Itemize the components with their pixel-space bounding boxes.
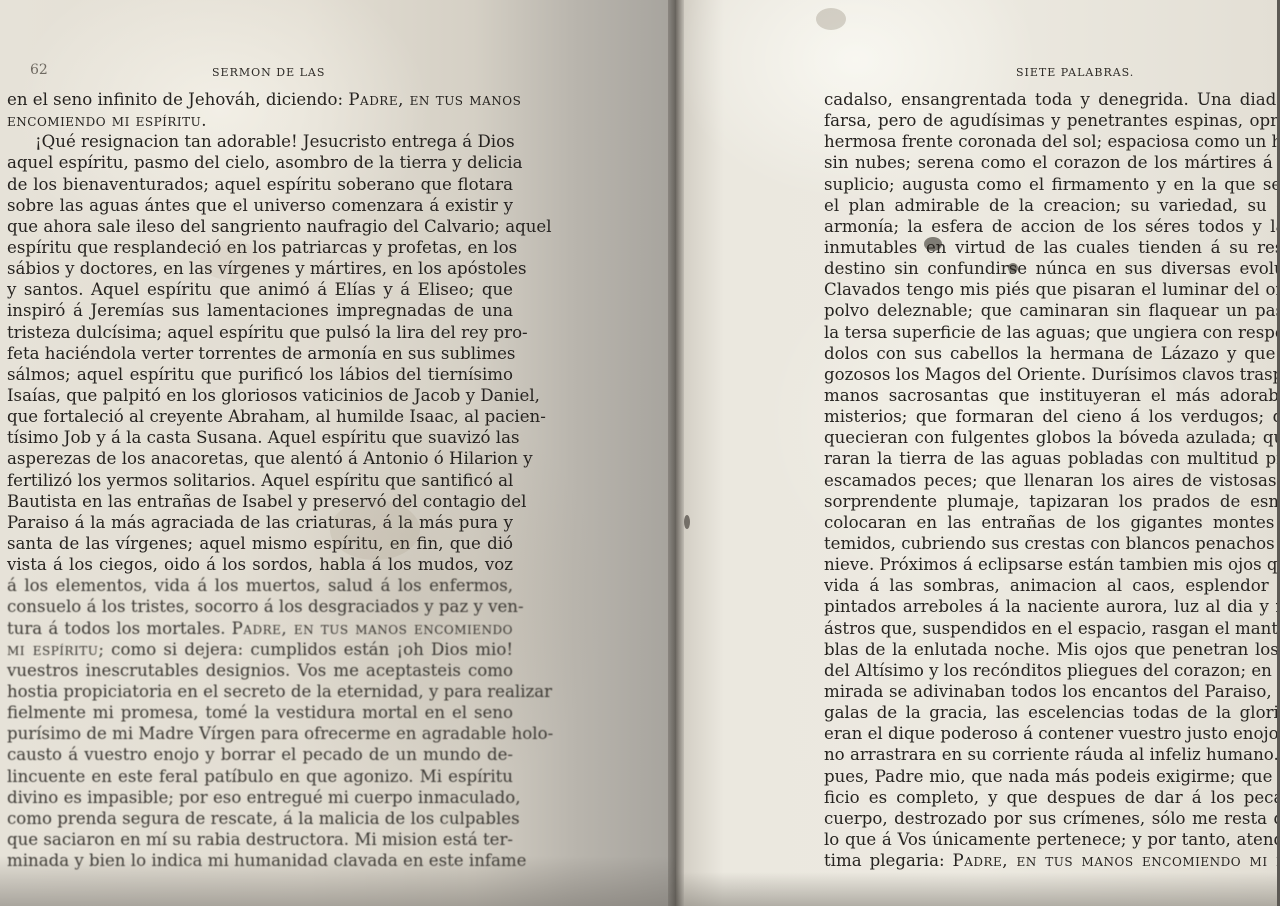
text-line: blas de la enlutada noche. Mis ojos que … [824, 639, 1277, 660]
line-text: armonía; la esfera de accion de los sére… [824, 217, 1277, 236]
line-text: Paraiso á la más agraciada de las criatu… [7, 513, 513, 532]
text-line: manos sacrosantas que instituyeran el má… [824, 385, 1277, 406]
line-text: no arrastrara en su corriente ráuda al i… [824, 745, 1277, 764]
text-line: que saciaron en mí su rabia destructora.… [7, 829, 513, 850]
text-line: á los elementos, vida á los muertos, sal… [7, 575, 513, 596]
text-line: gozosos los Magos del Oriente. Durísimos… [824, 364, 1277, 385]
right-page: SIETE PALABRAS. cadalso, ensangrentada t… [676, 0, 1277, 906]
left-page-body-text: en el seno infinito de Jehováh, diciendo… [7, 89, 513, 871]
line-text: inspiró á Jeremías sus lamentaciones imp… [7, 301, 513, 320]
line-text: fielmente mi promesa, tomé la vestidura … [7, 703, 513, 722]
text-line: farsa, pero de agudísimas y penetrantes … [824, 110, 1277, 131]
line-text: ficio es completo, y que despues de dar … [824, 788, 1277, 807]
book-gutter [668, 0, 684, 906]
text-line: sálmos; aquel espíritu que purificó los … [7, 364, 513, 385]
line-text: lo que á Vos únicamente pertenece; y por… [824, 830, 1277, 849]
line-text: de los bienaventurados; aquel espíritu s… [7, 175, 513, 194]
line-text: dolos con sus cabellos la hermana de Láz… [824, 344, 1277, 363]
line-text: suplicio; augusta como el firmamento y e… [824, 175, 1277, 194]
line-text: gozosos los Magos del Oriente. Durísimos… [824, 365, 1277, 384]
text-line: polvo deleznable; que caminaran sin flaq… [824, 300, 1277, 321]
text-line: cuerpo, destrozado por sus crímenes, sól… [824, 808, 1277, 829]
text-line: destino sin confundirse núnca en sus div… [824, 258, 1277, 279]
line-text: tima plegaria: [824, 851, 953, 870]
smallcaps-text: encomiendo mi espíritu. [7, 111, 207, 130]
line-text: divino es impasible; por eso entregué mi… [7, 788, 521, 807]
text-line: eran el dique poderoso á contener vuestr… [824, 723, 1277, 744]
text-line: ástros que, suspendidos en el espacio, r… [824, 618, 1277, 639]
line-text: pintados arreboles á la naciente aurora,… [824, 597, 1277, 616]
line-text: cadalso, ensangrentada toda y denegrida.… [824, 90, 1277, 109]
line-text: asperezas de los anacoretas, que alentó … [7, 449, 533, 468]
text-line: inmutables en virtud de las cuales tiend… [824, 237, 1277, 258]
text-line: armonía; la esfera de accion de los sére… [824, 216, 1277, 237]
text-line: ¡Qué resignacion tan adorable! Jesucrist… [7, 131, 513, 152]
line-text: ástros que, suspendidos en el espacio, r… [824, 619, 1277, 638]
text-line: Paraiso á la más agraciada de las criatu… [7, 512, 513, 533]
line-text: causto á vuestro enojo y borrar el pecad… [7, 745, 513, 764]
line-text: hermosa frente coronada del sol; espacio… [824, 132, 1277, 151]
text-line: hostia propiciatoria en el secreto de la… [7, 681, 513, 702]
paper-stain [816, 8, 846, 30]
text-line: causto á vuestro enojo y borrar el pecad… [7, 744, 513, 765]
text-line: quecieran con fulgentes globos la bóveda… [824, 427, 1277, 448]
line-text: feta haciéndola verter torrentes de armo… [7, 344, 515, 363]
line-text: Bautista en las entrañas de Isabel y pre… [7, 492, 526, 511]
text-line: aquel espíritu, pasmo del cielo, asombro… [7, 152, 513, 173]
line-text: tura á todos los mortales. [7, 619, 232, 638]
text-line: pintados arreboles á la naciente aurora,… [824, 596, 1277, 617]
text-line: que fortaleció al creyente Abraham, al h… [7, 406, 513, 427]
text-line: espíritu que resplandeció en los patriar… [7, 237, 513, 258]
ink-blot [684, 515, 690, 529]
text-line: ficio es completo, y que despues de dar … [824, 787, 1277, 808]
line-text: polvo deleznable; que caminaran sin flaq… [824, 301, 1277, 320]
text-line: no arrastrara en su corriente ráuda al i… [824, 744, 1277, 765]
text-line: y santos. Aquel espíritu que animó á Elí… [7, 279, 513, 300]
line-text: aquel espíritu, pasmo del cielo, asombro… [7, 153, 523, 172]
text-line: galas de la gracia, las escelencias toda… [824, 702, 1277, 723]
line-text: colocaran en las entrañas de los gigante… [824, 513, 1277, 532]
text-line: suplicio; augusta como el firmamento y e… [824, 174, 1277, 195]
text-line: purísimo de mi Madre Vírgen para ofrecer… [7, 723, 513, 744]
text-line: en el seno infinito de Jehováh, diciendo… [7, 89, 513, 110]
text-line: divino es impasible; por eso entregué mi… [7, 787, 513, 808]
line-text: escamados peces; que llenaran los aires … [824, 471, 1277, 490]
line-text: el plan admirable de la creacion; su var… [824, 196, 1277, 215]
line-text: galas de la gracia, las escelencias toda… [824, 703, 1277, 722]
text-line: lo que á Vos únicamente pertenece; y por… [824, 829, 1277, 850]
line-text: lincuente en este feral patíbulo en que … [7, 767, 513, 786]
text-line: temidos, cubriendo sus crestas con blanc… [824, 533, 1277, 554]
line-text: cuerpo, destrozado por sus crímenes, sól… [824, 809, 1277, 828]
line-text: fertilizó los yermos solitarios. Aquel e… [7, 471, 513, 490]
text-line: santa de las vírgenes; aquel mismo espír… [7, 533, 513, 554]
text-line: nieve. Próximos á eclipsarse están tambi… [824, 554, 1277, 575]
text-line: fielmente mi promesa, tomé la vestidura … [7, 702, 513, 723]
text-line: vuestros inescrutables designios. Vos me… [7, 660, 513, 681]
page-number: 62 [30, 62, 48, 78]
line-text: que ahora sale ileso del sangriento nauf… [7, 217, 552, 236]
text-line: fertilizó los yermos solitarios. Aquel e… [7, 470, 513, 491]
text-line: de los bienaventurados; aquel espíritu s… [7, 174, 513, 195]
text-line: vida á las sombras, animacion al caos, e… [824, 575, 1277, 596]
line-text: y santos. Aquel espíritu que animó á Elí… [7, 280, 513, 299]
line-text: sobre las aguas ántes que el universo co… [7, 196, 513, 215]
text-line: raran la tierra de las aguas pobladas co… [824, 448, 1277, 469]
left-page: 62 SERMON DE LAS en el seno infinito de … [0, 0, 676, 906]
text-line: Isaías, que palpitó en los gloriosos vat… [7, 385, 513, 406]
text-line: minada y bien lo indica mi humanidad cla… [7, 850, 513, 871]
text-line: tura á todos los mortales. Padre, en tus… [7, 618, 513, 639]
line-text: vista á los ciegos, oido á los sordos, h… [7, 555, 513, 574]
text-line: inspiró á Jeremías sus lamentaciones imp… [7, 300, 513, 321]
line-text: del Altísimo y los recónditos pliegues d… [824, 661, 1277, 680]
line-text: que fortaleció al creyente Abraham, al h… [7, 407, 546, 426]
running-head-left: SERMON DE LAS [212, 66, 325, 79]
text-line: Bautista en las entrañas de Isabel y pre… [7, 491, 513, 512]
text-line: tristeza dulcísima; aquel espíritu que p… [7, 322, 513, 343]
text-line: Clavados tengo mis piés que pisaran el l… [824, 279, 1277, 300]
text-line: lincuente en este feral patíbulo en que … [7, 766, 513, 787]
line-text: vida á las sombras, animacion al caos, e… [824, 576, 1277, 595]
line-text: pues, Padre mio, que nada más podeis exi… [824, 767, 1277, 786]
line-text: tristeza dulcísima; aquel espíritu que p… [7, 323, 528, 342]
text-line: misterios; que formaran del cieno á los … [824, 406, 1277, 427]
text-line: feta haciéndola verter torrentes de armo… [7, 343, 513, 364]
line-text: como prenda segura de rescate, á la mali… [7, 809, 520, 828]
text-line: sorprendente plumaje, tapizaran los prad… [824, 491, 1277, 512]
text-line: asperezas de los anacoretas, que alentó … [7, 448, 513, 469]
line-text: Isaías, que palpitó en los gloriosos vat… [7, 386, 540, 405]
text-line: del Altísimo y los recónditos pliegues d… [824, 660, 1277, 681]
text-line: sin nubes; serena como el corazon de los… [824, 152, 1277, 173]
text-line: colocaran en las entrañas de los gigante… [824, 512, 1277, 533]
line-text: nieve. Próximos á eclipsarse están tambi… [824, 555, 1277, 574]
line-text: que saciaron en mí su rabia destructora.… [7, 830, 513, 849]
line-text: raran la tierra de las aguas pobladas co… [824, 449, 1277, 468]
line-text: mirada se adivinaban todos los encantos … [824, 682, 1277, 701]
line-text: inmutables en virtud de las cuales tiend… [824, 238, 1277, 257]
text-line: el plan admirable de la creacion; su var… [824, 195, 1277, 216]
smallcaps-text: mi espíritu [7, 640, 98, 659]
line-text: la tersa superficie de las aguas; que un… [824, 323, 1277, 342]
text-line: encomiendo mi espíritu. [7, 110, 513, 131]
line-text: á los elementos, vida á los muertos, sal… [7, 576, 513, 595]
text-line: como prenda segura de rescate, á la mali… [7, 808, 513, 829]
text-line: sobre las aguas ántes que el universo co… [7, 195, 513, 216]
text-line: la tersa superficie de las aguas; que un… [824, 322, 1277, 343]
smallcaps-text: Padre, en tus manos encomiendo mi es [953, 851, 1277, 870]
text-line: que ahora sale ileso del sangriento nauf… [7, 216, 513, 237]
line-text: ¡Qué resignacion tan adorable! Jesucrist… [35, 132, 515, 151]
line-text: sin nubes; serena como el corazon de los… [824, 153, 1277, 172]
text-line: consuelo á los tristes, socorro á los de… [7, 596, 513, 617]
line-text: Clavados tengo mis piés que pisaran el l… [824, 280, 1277, 299]
text-line: tima plegaria: Padre, en tus manos encom… [824, 850, 1277, 871]
text-line: dolos con sus cabellos la hermana de Láz… [824, 343, 1277, 364]
line-text: misterios; que formaran del cieno á los … [824, 407, 1277, 426]
text-line: mi espíritu; como si dejera: cumplidos e… [7, 639, 513, 660]
line-text: sábios y doctores, en las vírgenes y már… [7, 259, 526, 278]
line-text: eran el dique poderoso á contener vuestr… [824, 724, 1277, 743]
line-text: destino sin confundirse núnca en sus div… [824, 259, 1277, 278]
text-line: hermosa frente coronada del sol; espacio… [824, 131, 1277, 152]
open-book-spread: 62 SERMON DE LAS en el seno infinito de … [0, 0, 1280, 906]
line-text: espíritu que resplandeció en los patriar… [7, 238, 517, 257]
text-line: cadalso, ensangrentada toda y denegrida.… [824, 89, 1277, 110]
right-page-body-text: cadalso, ensangrentada toda y denegrida.… [824, 89, 1277, 871]
line-text: consuelo á los tristes, socorro á los de… [7, 597, 524, 616]
text-line: escamados peces; que llenaran los aires … [824, 470, 1277, 491]
smallcaps-text: Padre, en tus manos encomiendo [232, 619, 513, 638]
line-text: hostia propiciatoria en el secreto de la… [7, 682, 552, 701]
line-text: quecieran con fulgentes globos la bóveda… [824, 428, 1277, 447]
text-line: sábios y doctores, en las vírgenes y már… [7, 258, 513, 279]
line-text: minada y bien lo indica mi humanidad cla… [7, 851, 526, 870]
line-text: en el seno infinito de Jehováh, diciendo… [7, 90, 348, 109]
line-text: farsa, pero de agudísimas y penetrantes … [824, 111, 1277, 130]
line-text: tísimo Job y á la casta Susana. Aquel es… [7, 428, 520, 447]
line-text: ; como si dejera: cumplidos están ¡oh Di… [98, 640, 513, 659]
text-line: pues, Padre mio, que nada más podeis exi… [824, 766, 1277, 787]
text-line: mirada se adivinaban todos los encantos … [824, 681, 1277, 702]
line-text: sálmos; aquel espíritu que purificó los … [7, 365, 513, 384]
text-line: tísimo Job y á la casta Susana. Aquel es… [7, 427, 513, 448]
running-head-right: SIETE PALABRAS. [1016, 66, 1134, 79]
line-text: purísimo de mi Madre Vírgen para ofrecer… [7, 724, 553, 743]
line-text: manos sacrosantas que instituyeran el má… [824, 386, 1277, 405]
line-text: blas de la enlutada noche. Mis ojos que … [824, 640, 1277, 659]
smallcaps-text: Padre, en tus manos [348, 90, 521, 109]
text-line: vista á los ciegos, oido á los sordos, h… [7, 554, 513, 575]
line-text: temidos, cubriendo sus crestas con blanc… [824, 534, 1277, 553]
line-text: sorprendente plumaje, tapizaran los prad… [824, 492, 1277, 511]
line-text: santa de las vírgenes; aquel mismo espír… [7, 534, 513, 553]
line-text: vuestros inescrutables designios. Vos me… [7, 661, 513, 680]
